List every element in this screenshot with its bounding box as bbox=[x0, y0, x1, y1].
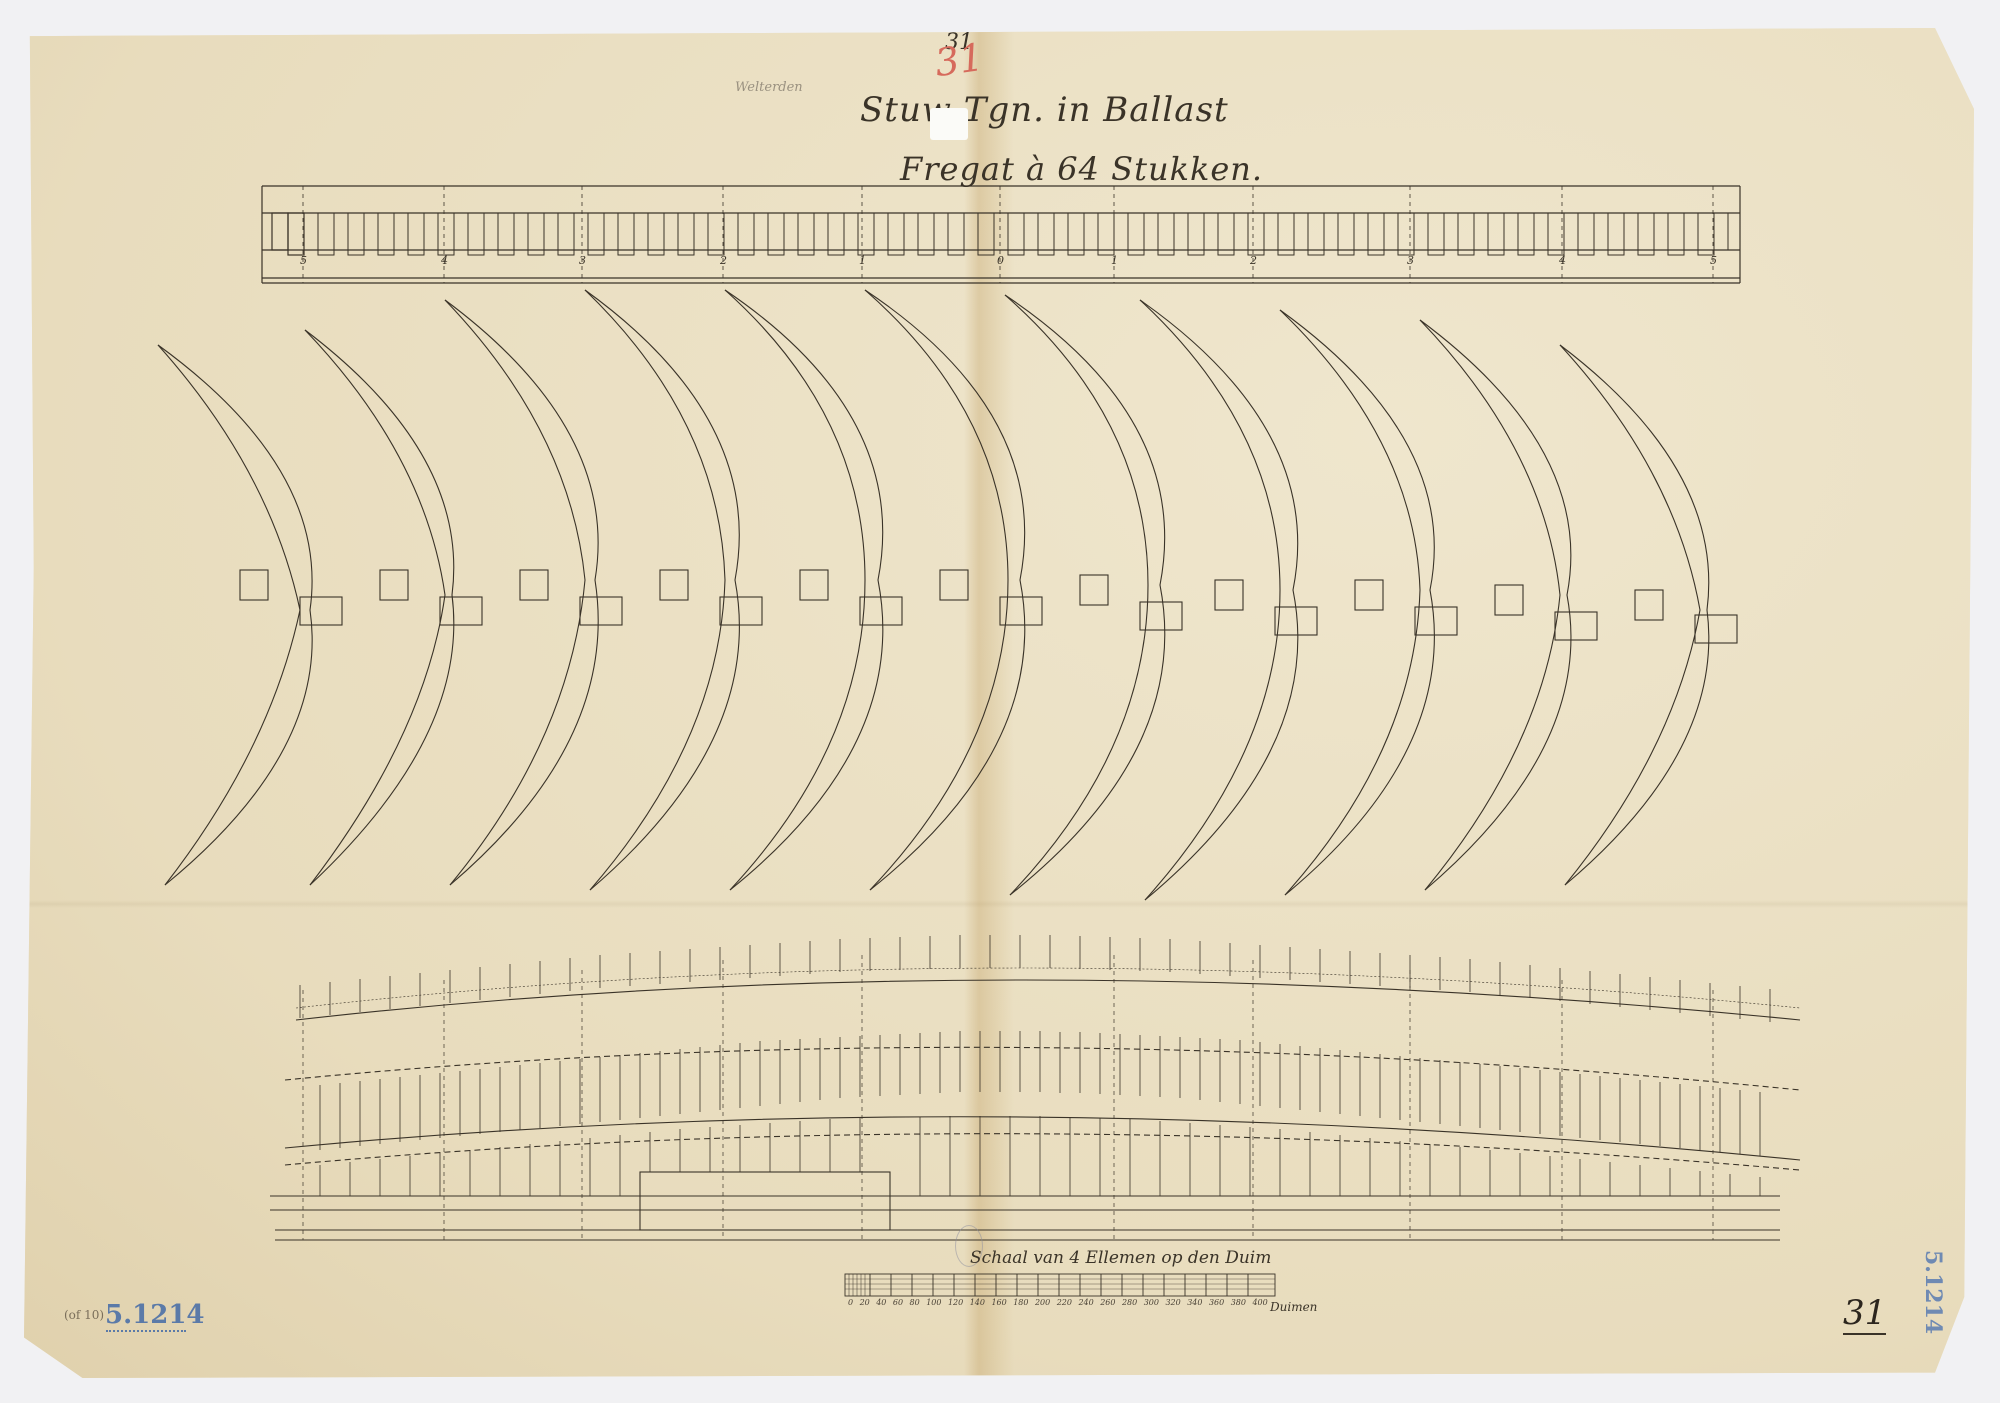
side-elevation bbox=[270, 935, 1800, 1240]
svg-text:1: 1 bbox=[1111, 254, 1118, 267]
inventory-underline bbox=[106, 1330, 186, 1332]
svg-text:4: 4 bbox=[1558, 254, 1566, 267]
svg-text:2: 2 bbox=[719, 254, 727, 267]
scale-tick: 200 bbox=[1035, 1298, 1050, 1307]
scale-tick: 400 bbox=[1252, 1298, 1267, 1307]
frame-sections bbox=[158, 290, 1737, 900]
scale-tick: 220 bbox=[1057, 1298, 1072, 1307]
scale-tick: 300 bbox=[1144, 1298, 1159, 1307]
scale-tick: 140 bbox=[970, 1298, 985, 1307]
scale-tick: 320 bbox=[1165, 1298, 1180, 1307]
scale-tick: 180 bbox=[1013, 1298, 1028, 1307]
scale-tick: 60 bbox=[893, 1298, 903, 1307]
scale-unit-label: Duimen bbox=[1270, 1300, 1317, 1314]
station-labels: 543 210 123 45 bbox=[300, 254, 1717, 267]
scale-tick: 20 bbox=[860, 1298, 870, 1307]
inventory-number-left: 5.1214 bbox=[105, 1300, 205, 1330]
scale-tick: 40 bbox=[876, 1298, 886, 1307]
inventory-note-small: (of 10) bbox=[64, 1308, 104, 1322]
technical-drawing: 543 210 123 45 bbox=[0, 0, 2000, 1403]
scale-tick: 380 bbox=[1231, 1298, 1246, 1307]
scale-bar-title: Schaal van 4 Ellemen op den Duim bbox=[970, 1248, 1271, 1268]
scale-tick: 260 bbox=[1100, 1298, 1115, 1307]
scale-tick: 340 bbox=[1187, 1298, 1202, 1307]
svg-text:3: 3 bbox=[579, 254, 586, 267]
svg-text:4: 4 bbox=[440, 254, 448, 267]
scale-tick: 240 bbox=[1078, 1298, 1093, 1307]
svg-text:3: 3 bbox=[1407, 254, 1414, 267]
inventory-number-right: 5.1214 bbox=[1920, 1250, 1946, 1334]
sheet-number: 31 bbox=[1843, 1293, 1886, 1335]
svg-text:0: 0 bbox=[997, 254, 1004, 267]
scale-bar-ticks: 0 20 40 60 80 100 120 140 160 180 200 22… bbox=[848, 1298, 1268, 1307]
scale-tick: 280 bbox=[1122, 1298, 1137, 1307]
scale-bar-graphic bbox=[845, 1274, 1275, 1296]
scale-tick: 160 bbox=[991, 1298, 1006, 1307]
svg-text:5: 5 bbox=[300, 254, 307, 267]
svg-text:1: 1 bbox=[859, 254, 866, 267]
svg-text:2: 2 bbox=[1249, 254, 1257, 267]
scale-tick: 80 bbox=[910, 1298, 920, 1307]
scale-tick: 0 bbox=[848, 1298, 853, 1307]
svg-text:5: 5 bbox=[1710, 254, 1717, 267]
scale-tick: 360 bbox=[1209, 1298, 1224, 1307]
scale-tick: 120 bbox=[948, 1298, 963, 1307]
scale-tick: 100 bbox=[926, 1298, 941, 1307]
